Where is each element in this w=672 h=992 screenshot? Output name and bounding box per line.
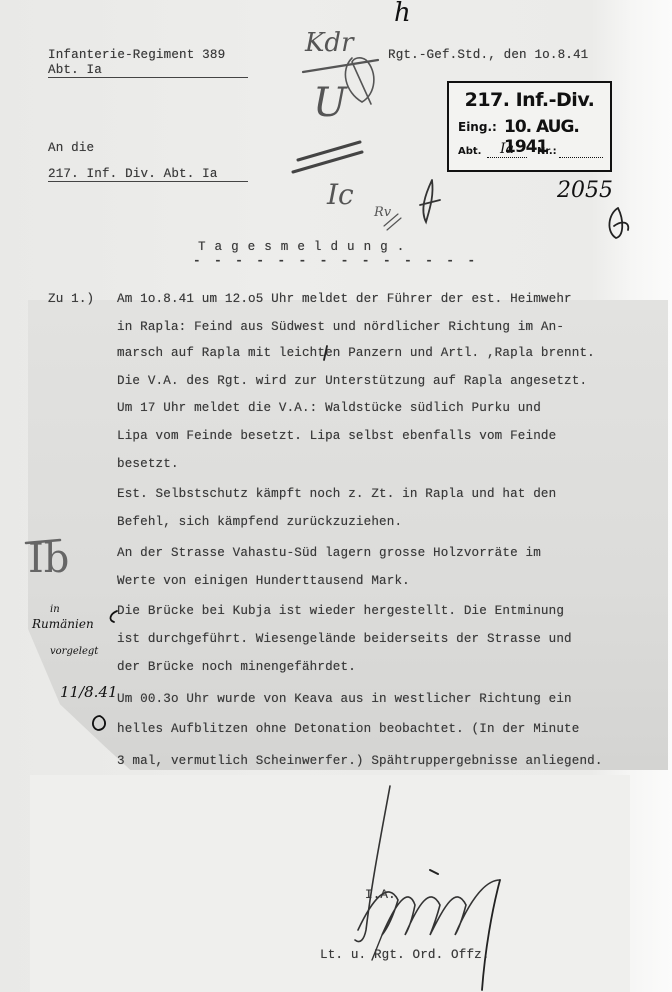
- recipient-prefix: An die: [48, 141, 94, 155]
- handwritten-rv: Rv: [374, 205, 391, 220]
- body-line: marsch auf Rapla mit leichten Panzern un…: [117, 346, 595, 360]
- handwritten-margin-note: vorgelegt: [50, 646, 98, 657]
- body-line: Est. Selbstschutz kämpft noch z. Zt. in …: [117, 487, 556, 501]
- receipt-stamp: 217. Inf.-Div. Eing.: 10. AUG. 1941 Abt.…: [447, 81, 612, 172]
- document-title: Tagesmeldung.: [198, 240, 413, 254]
- handwritten-margin-date: 11/8.41: [60, 683, 118, 701]
- handwritten-page-number: 2055: [557, 178, 613, 203]
- body-line: Lipa vom Feinde besetzt. Lipa selbst ebe…: [117, 429, 556, 443]
- body-line: Die Brücke bei Kubja ist wieder hergeste…: [117, 604, 564, 618]
- body-line: Werte von einigen Hunderttausend Mark.: [117, 574, 410, 588]
- stamp-dept-value: Ia: [487, 141, 527, 158]
- stamp-received-label: Eing.:: [458, 120, 497, 134]
- signature-prefix: I.A.: [365, 888, 396, 902]
- stamp-number-line: [559, 157, 603, 158]
- handwritten-initial: h: [394, 0, 411, 28]
- handwritten-kdr: Kdr: [305, 28, 354, 58]
- handwritten-margin-ib: Ib: [28, 536, 69, 582]
- body-line: Befehl, sich kämpfend zurückzuziehen.: [117, 515, 402, 529]
- title-underline: - - - - - - - - - - - - - -: [193, 254, 478, 268]
- signature-title: Lt. u. Rgt. Ord. Offz.: [320, 948, 490, 962]
- body-line: Am 1o.8.41 um 12.o5 Uhr meldet der Führe…: [117, 292, 572, 306]
- handwritten-margin-note: in: [50, 604, 60, 615]
- stamp-number-label: Nr.:: [537, 146, 557, 157]
- body-line: 3 mal, vermutlich Scheinwerfer.) Spähtru…: [117, 754, 603, 768]
- sender-unit: Infanterie-Regiment 389: [48, 48, 225, 62]
- handwritten-ic: Ic: [327, 178, 354, 211]
- stamp-dept-label: Abt.: [458, 146, 481, 157]
- handwritten-u: U: [313, 80, 347, 126]
- document-page: Infanterie-Regiment 389 Abt. Ia Rgt.-Gef…: [0, 0, 672, 992]
- body-line: helles Aufblitzen ohne Detonation beobac…: [117, 722, 579, 736]
- stamp-unit: 217. Inf.-Div.: [449, 89, 610, 111]
- place-date: Rgt.-Gef.Std., den 1o.8.41: [388, 48, 588, 62]
- body-line: der Brücke noch minengefährdet.: [117, 660, 356, 674]
- body-line: An der Strasse Vahastu-Süd lagern grosse…: [117, 546, 541, 560]
- handwritten-margin-note: Rumänien: [32, 617, 94, 631]
- body-line: in Rapla: Feind aus Südwest und nördlich…: [117, 320, 564, 334]
- body-line: Um 00.3o Uhr wurde von Keava aus in west…: [117, 692, 572, 706]
- body-line: besetzt.: [117, 457, 179, 471]
- body-line: ist durchgeführt. Wiesengelände beiderse…: [117, 632, 572, 646]
- body-line: Um 17 Uhr meldet die V.A.: Waldstücke sü…: [117, 401, 541, 415]
- body-line: Die V.A. des Rgt. wird zur Unterstützung…: [117, 374, 587, 388]
- recipient-unit: 217. Inf. Div. Abt. Ia: [48, 167, 248, 182]
- item-label: Zu 1.): [48, 292, 94, 306]
- sender-department: Abt. Ia: [48, 63, 248, 78]
